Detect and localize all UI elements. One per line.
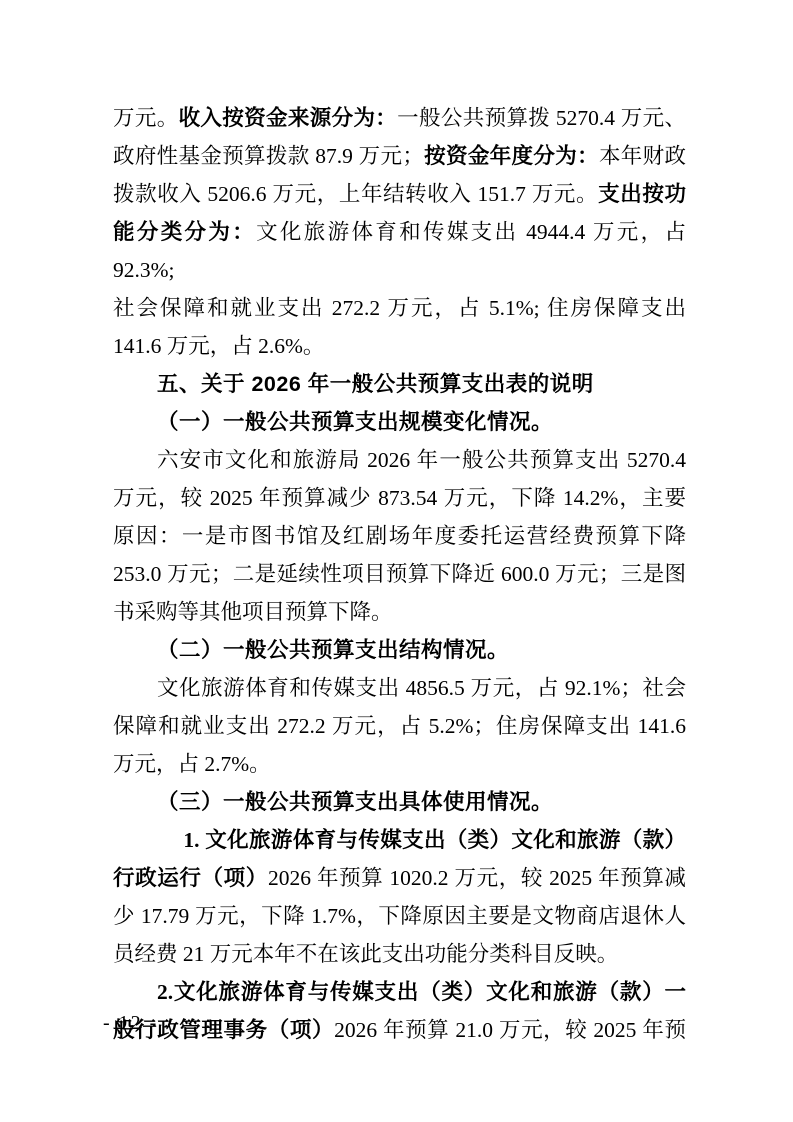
subsection-3-heading: （三）一般公共预算支出具体使用情况。: [113, 783, 686, 821]
text-run: 万元，占 2.7%。: [113, 752, 271, 776]
para-income-line3: 拨款收入 5206.6 万元，上年结转收入 151.7 万元。支出按功: [113, 175, 686, 213]
para-item2-line1: 2.文化旅游体育与传媒支出（类）文化和旅游（款）一: [113, 973, 686, 1011]
para-structure-line3: 万元，占 2.7%。: [113, 745, 686, 783]
text-run: 2026 年预算 1020.2 万元，较 2025 年预算减: [268, 866, 686, 890]
para-item1-line4: 员经费 21 万元本年不在该此支出功能分类科目反映。: [113, 935, 686, 973]
text-run: （一）一般公共预算支出规模变化情况。: [157, 410, 553, 434]
bold-text-run: 2.文化旅游体育与传媒支出（类）文化和旅游（款）一: [157, 980, 686, 1004]
section-5-heading: 五、关于 2026 年一般公共预算支出表的说明: [113, 365, 686, 403]
bold-text-run: 按资金年度分为：: [424, 144, 599, 168]
text-run: 拨款收入 5206.6 万元，上年结转收入 151.7 万元。: [113, 182, 598, 206]
subsection-1-heading: （一）一般公共预算支出规模变化情况。: [113, 403, 686, 441]
para-income-line4: 能分类分为：文化旅游体育和传媒支出 4944.4 万元，占 92.3%;: [113, 213, 686, 289]
para-scale-line1: 六安市文化和旅游局 2026 年一般公共预算支出 5270.4: [113, 441, 686, 479]
bold-text-run: 支出按功: [598, 182, 686, 206]
para-income-line6: 141.6 万元，占 2.6%。: [113, 327, 686, 365]
para-scale-line4: 253.0 万元；二是延续性项目预算下降近 600.0 万元；三是图: [113, 555, 686, 593]
text-run: 原因：一是市图书馆及红剧场年度委托运营经费预算下降: [113, 524, 686, 548]
text-run: 253.0 万元；二是延续性项目预算下降近 600.0 万元；三是图: [113, 562, 686, 586]
para-item2-line2: 般行政管理事务（项）2026 年预算 21.0 万元，较 2025 年预: [113, 1011, 686, 1049]
para-income-line1: 万元。收入按资金来源分为：一般公共预算拨 5270.4 万元、: [113, 99, 686, 137]
para-item1-line2: 行政运行（项）2026 年预算 1020.2 万元，较 2025 年预算减: [113, 859, 686, 897]
para-structure-line1: 文化旅游体育和传媒支出 4856.5 万元，占 92.1%；社会: [113, 669, 686, 707]
para-item1-line1: 1. 文化旅游体育与传媒支出（类）文化和旅游（款）: [113, 821, 686, 859]
text-run: 2026 年预算 21.0 万元，较 2025 年预: [334, 1018, 686, 1042]
text-run: 本年财政: [599, 144, 686, 168]
subsection-2-heading: （二）一般公共预算支出结构情况。: [113, 631, 686, 669]
text-run: 社会保障和就业支出 272.2 万元，占 5.1%; 住房保障支出: [113, 296, 686, 320]
para-income-line2: 政府性基金预算拨款 87.9 万元；按资金年度分为：本年财政: [113, 137, 686, 175]
para-structure-line2: 保障和就业支出 272.2 万元，占 5.2%；住房保障支出 141.6: [113, 707, 686, 745]
page-number: - 12 -: [103, 1008, 158, 1038]
bold-text-run: 1. 文化旅游体育与传媒支出（类）文化和旅游（款）: [183, 828, 686, 852]
para-scale-line3: 原因：一是市图书馆及红剧场年度委托运营经费预算下降: [113, 517, 686, 555]
text-run: 万元。: [113, 106, 179, 130]
text-run: 政府性基金预算拨款 87.9 万元；: [113, 144, 424, 168]
text-run: 员经费 21 万元本年不在该此支出功能分类科目反映。: [113, 942, 618, 966]
document-page: 万元。收入按资金来源分为：一般公共预算拨 5270.4 万元、政府性基金预算拨款…: [0, 0, 793, 1122]
para-income-line5: 社会保障和就业支出 272.2 万元，占 5.1%; 住房保障支出: [113, 289, 686, 327]
text-run: 书采购等其他项目预算下降。: [113, 600, 393, 624]
text-run: 六安市文化和旅游局 2026 年一般公共预算支出 5270.4: [157, 448, 686, 472]
text-run: 少 17.79 万元，下降 1.7%，下降原因主要是文物商店退休人: [113, 904, 686, 928]
bold-text-run: 行政运行（项）: [113, 866, 268, 890]
para-scale-line2: 万元，较 2025 年预算减少 873.54 万元，下降 14.2%，主要: [113, 479, 686, 517]
bold-text-run: 收入按资金来源分为：: [179, 106, 398, 130]
text-run: 保障和就业支出 272.2 万元，占 5.2%；住房保障支出 141.6: [113, 714, 686, 738]
text-run: （二）一般公共预算支出结构情况。: [157, 638, 509, 662]
para-item1-line3: 少 17.79 万元，下降 1.7%，下降原因主要是文物商店退休人: [113, 897, 686, 935]
text-run: 141.6 万元，占 2.6%。: [113, 334, 324, 358]
document-body: 万元。收入按资金来源分为：一般公共预算拨 5270.4 万元、政府性基金预算拨款…: [113, 99, 686, 1049]
text-run: （三）一般公共预算支出具体使用情况。: [157, 790, 553, 814]
bold-text-run: 能分类分为：: [113, 220, 256, 244]
text-run: 万元，较 2025 年预算减少 873.54 万元，下降 14.2%，主要: [113, 486, 686, 510]
para-scale-line5: 书采购等其他项目预算下降。: [113, 593, 686, 631]
text-run: 文化旅游体育和传媒支出 4856.5 万元，占 92.1%；社会: [157, 676, 686, 700]
text-run: 五、关于 2026 年一般公共预算支出表的说明: [157, 372, 594, 396]
text-run: 一般公共预算拨 5270.4 万元、: [397, 106, 686, 130]
